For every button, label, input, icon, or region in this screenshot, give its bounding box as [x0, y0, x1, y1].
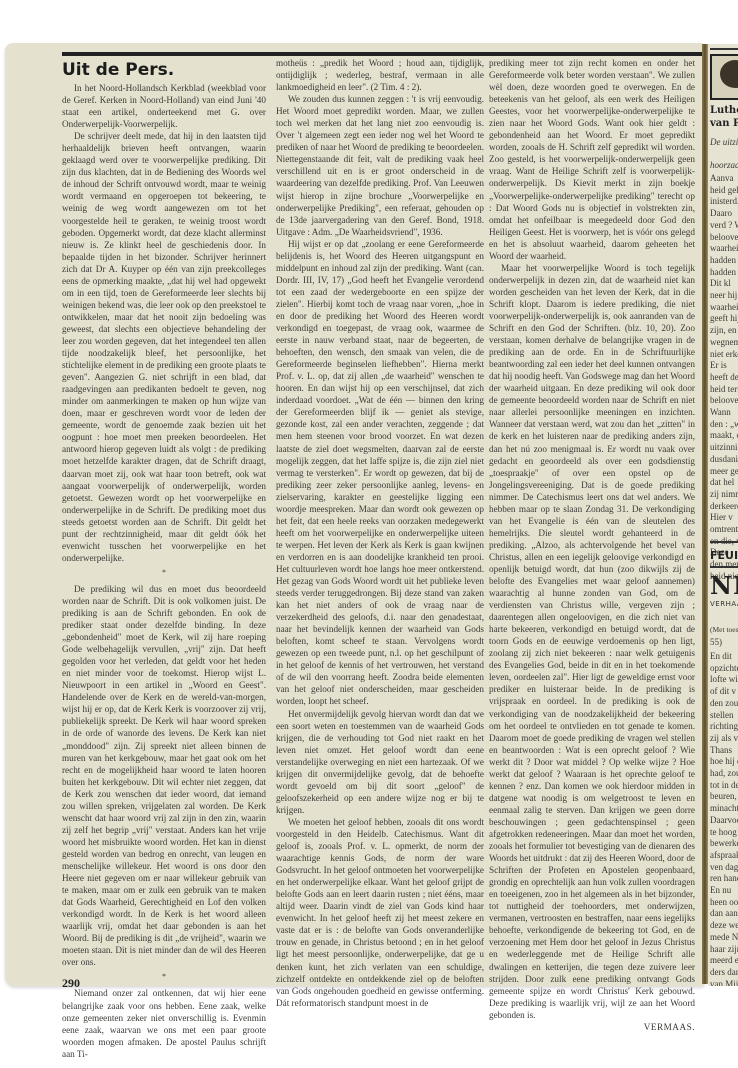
adjacent-text-line: heen ook: [710, 896, 738, 908]
adjacent-text-line: dusdanig: [710, 453, 738, 465]
adjacent-text-line: afspraak: [710, 849, 738, 861]
adjacent-text-line: Er is: [710, 359, 727, 371]
feuilleton-subtitle: VERHAA: [710, 600, 738, 608]
paragraph: Hij wijst er op dat „zoolang er eene Ger…: [276, 238, 484, 708]
adjacent-italic-line: De uitzi: [710, 136, 738, 148]
adjacent-text-line: haar zijn: [710, 943, 738, 955]
paragraph: motheüs : „predik het Woord ; houd aan, …: [276, 57, 484, 93]
paragraph: Niemand onzer zal ontkennen, dat wij hie…: [62, 987, 266, 1059]
adjacent-text-line: omtrent: [710, 523, 738, 535]
adjacent-text-line: heid geh: [710, 184, 738, 196]
adjacent-text-line: dat hel: [710, 476, 734, 488]
adjacent-text-line: heid teru: [710, 383, 738, 395]
rule: [710, 48, 738, 50]
rule: [710, 541, 738, 543]
feuilleton-note: (Met toest: [710, 624, 738, 636]
section-separator: *: [62, 971, 266, 983]
adjacent-text-line: uitzinnig: [710, 441, 738, 453]
section-separator: *: [62, 567, 266, 579]
adjacent-text-line: Wann: [710, 406, 731, 418]
adjacent-text-line: Dit kl: [710, 277, 731, 289]
adjacent-text-line: Hier v: [710, 511, 733, 523]
adjacent-text-line: hoe hij c: [710, 755, 738, 767]
adjacent-text-line: neer hij: [710, 289, 737, 301]
paragraph: De prediking wil dus en moet dus beoorde…: [62, 583, 266, 969]
column-2: motheüs : „predik het Woord ; houd aan, …: [276, 57, 484, 1009]
adjacent-text-line: zij als v: [710, 732, 738, 744]
adjacent-text-line: zijn, en: [710, 324, 737, 336]
adjacent-text-line: mede N: [710, 931, 738, 943]
adjacent-text-line: stellen: [710, 709, 734, 721]
adjacent-text-line: verd ? W: [710, 219, 738, 231]
adjacent-text-line: waarheid: [710, 242, 738, 254]
adjacent-text-line: meerd ei: [710, 954, 738, 966]
adjacent-text-line: den : „w: [710, 418, 738, 430]
adjacent-text-line: Daarvoo: [710, 814, 738, 826]
adjacent-text-line: tot in de: [710, 779, 738, 791]
adjacent-text-line: richting: [710, 720, 738, 732]
paragraph: Het onvermijdelijk gevolg hiervan wordt …: [276, 708, 484, 816]
adjacent-text-line: ven dage: [710, 861, 738, 873]
adjacent-text-line: hadden: [710, 266, 736, 278]
adjacent-text-line: beloover: [710, 394, 738, 406]
article-headline: Uit de Pers.: [62, 60, 266, 80]
adjacent-text-line: beuren,: [710, 790, 737, 802]
adjacent-text-line: had, zou: [710, 767, 738, 779]
adjacent-text-line: Aanva: [710, 172, 734, 184]
adjacent-text-line: heeft de: [710, 371, 738, 383]
adjacent-text-line: maakt, d: [710, 429, 738, 441]
adjacent-text-line: beloover: [710, 231, 738, 243]
adjacent-text-line: wegneme: [710, 336, 738, 348]
feuilleton-title: NIE: [710, 571, 738, 600]
adjacent-text-line: dan aan: [710, 907, 738, 919]
adjacent-text-line: deze wer: [710, 919, 738, 931]
adjacent-text-line: of dit v: [710, 685, 736, 697]
adjacent-text-line: meer geh: [710, 465, 738, 477]
column-3: prediking meer tot zijn recht komen en o…: [489, 57, 695, 1033]
paragraph: De schrijver deelt mede, dat hij in den …: [62, 130, 266, 564]
page-number: 290: [62, 976, 80, 991]
adjacent-text-line: van Mij,: [710, 978, 738, 986]
adjacent-text-line: ders dan: [710, 966, 738, 978]
paragraph: Maar het voorwerpelijke Woord is toch te…: [489, 262, 695, 1021]
adjacent-text-line: En nu: [710, 884, 731, 896]
adjacent-text-line: bewerke: [710, 837, 738, 849]
column-1: Uit de Pers. In het Noord-Hollandsch Ker…: [62, 60, 266, 1060]
adjacent-text-line: zij nimm: [710, 488, 738, 500]
adjacent-text-line: inisterd.: [710, 195, 738, 207]
adjacent-title-line: van Pa: [710, 117, 738, 130]
adjacent-text-line: waarheid: [710, 301, 738, 313]
adjacent-text-line: hadden: [710, 254, 736, 266]
paragraph: We zouden dus kunnen zeggen : 't is vrij…: [276, 93, 484, 238]
adjacent-text-line: niet erke: [710, 348, 738, 360]
adjacent-text-line: Thans: [710, 744, 732, 756]
feuilleton-number: 55): [710, 636, 722, 648]
adjacent-text-line: den zou: [710, 697, 738, 709]
rule: [710, 566, 738, 568]
paragraph: prediking meer tot zijn recht komen en o…: [489, 57, 695, 262]
portrait-image: [710, 54, 738, 100]
adjacent-text-line: derkeere: [710, 500, 738, 512]
adjacent-text-line: En dit: [710, 650, 732, 662]
top-rule: [62, 52, 702, 56]
adjacent-text-line: Daaro: [710, 207, 732, 219]
adjacent-title-line: Luthers: [710, 104, 738, 117]
adjacent-text-line: minachti: [710, 802, 738, 814]
adjacent-text-line: ren hanc: [710, 872, 738, 884]
author-signature: VERMAAS.: [489, 1021, 695, 1033]
adjacent-text-line: te hoog: [710, 826, 737, 838]
adjacent-page: Luthers van Pa De uitzi hoorzaam Aanvahe…: [708, 44, 738, 986]
adjacent-italic-line: hoorzaam: [710, 159, 738, 171]
adjacent-text-line: lofte wil: [710, 673, 738, 685]
adjacent-text-line: geeft hij: [710, 312, 738, 324]
paragraph: We moeten het geloof hebben, zooals dit …: [276, 816, 484, 1009]
adjacent-text-line: opzichte: [710, 662, 738, 674]
paragraph: In het Noord-Hollandsch Kerkblad (weekbl…: [62, 82, 266, 130]
feuilleton-label: FEUIL: [710, 549, 738, 562]
